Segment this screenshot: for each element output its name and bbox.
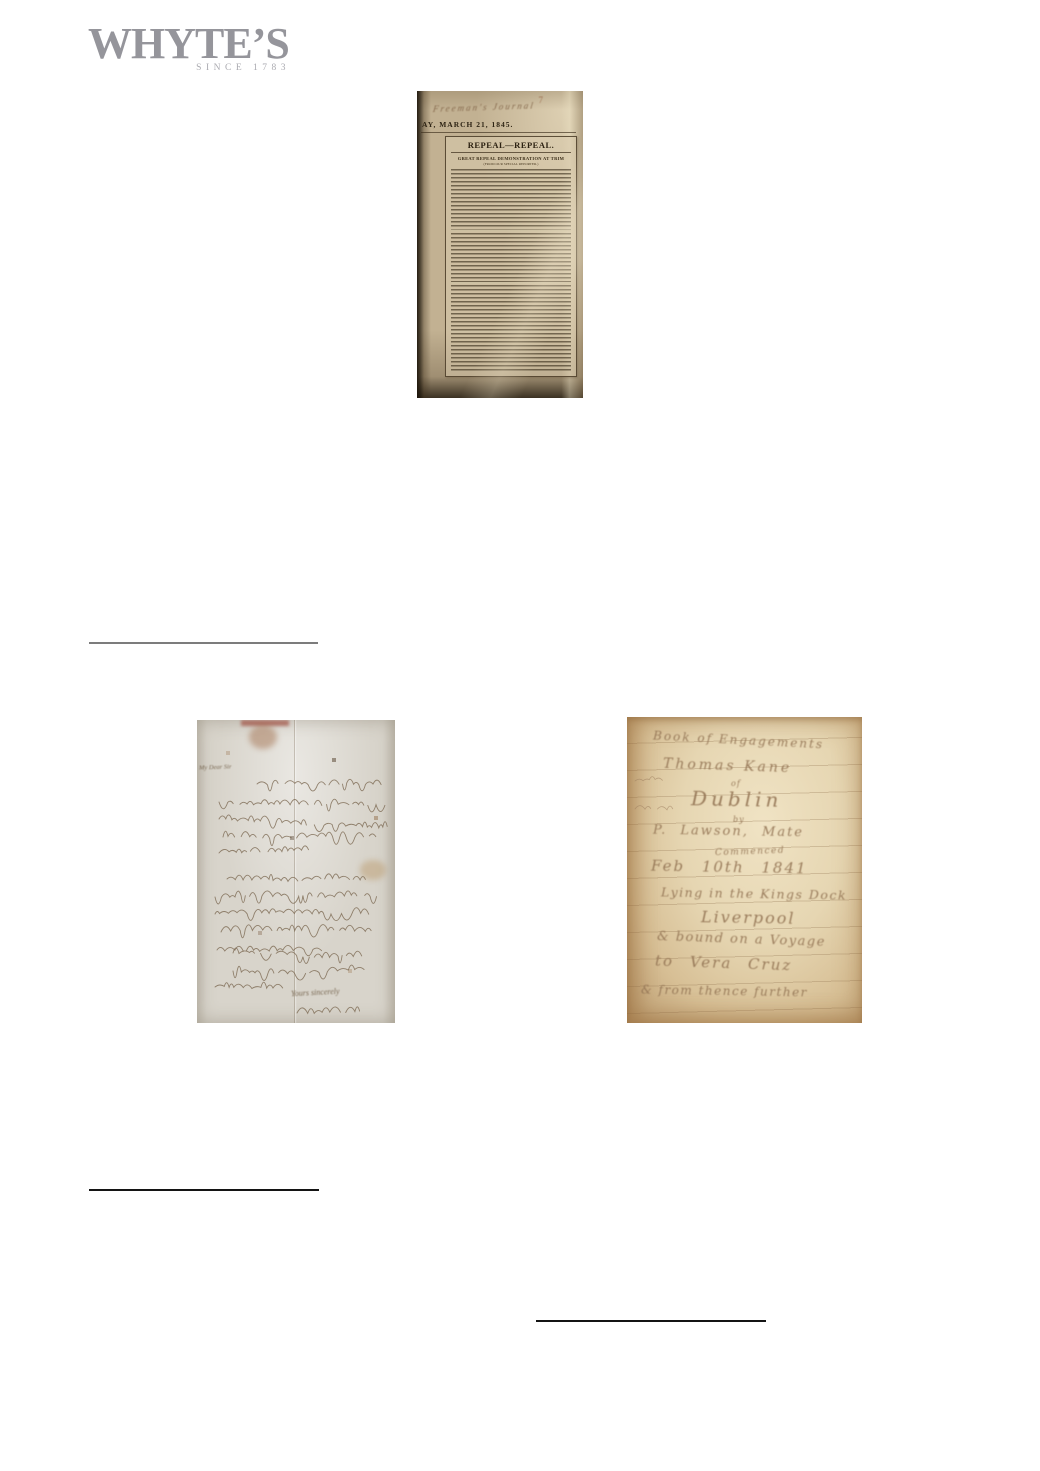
letter-photo: My Dear Sir Yours sincerely: [197, 720, 395, 1023]
logo-wordmark: WHYTE’S: [88, 22, 292, 66]
page-number-mark: 7: [539, 95, 544, 105]
dateline-rule: [421, 132, 576, 133]
clipping-headline: REPEAL—REPEAL.: [451, 139, 571, 153]
newspaper-photo: Freeman's Journal 7 AY, MARCH 21, 1845. …: [417, 91, 583, 398]
clipping-byline: (FROM OUR SPECIAL REPORTER.): [448, 162, 574, 166]
logbook-line: P. Lawson, Mate: [653, 823, 804, 841]
lot-title-underline-2: [89, 1189, 319, 1191]
whytes-logo: WHYTE’S SINCE 1783: [88, 22, 292, 73]
logbook-line: Lying in the Kings Dock: [661, 884, 847, 902]
handwritten-inscription: Freeman's Journal: [432, 100, 553, 114]
lot-title-underline-3: [536, 1320, 766, 1322]
newsprint-text-texture: [451, 169, 571, 371]
letter-handwriting-squiggles: [197, 720, 395, 1023]
logbook-line: Feb 10th 1841: [651, 857, 808, 878]
lot-title-underline-1: [89, 642, 318, 644]
clipping-subheadline: GREAT REPEAL DEMONSTRATION AT TRIM: [448, 156, 574, 161]
catalog-page: WHYTE’S SINCE 1783 Freeman's Journal 7 A…: [0, 0, 1040, 1471]
newspaper-dateline: AY, MARCH 21, 1845.: [422, 120, 513, 129]
logbook-photo: Book of Engagements Thomas Kane of Dubli…: [627, 717, 862, 1023]
newspaper-clipping: REPEAL—REPEAL. GREAT REPEAL DEMONSTRATIO…: [445, 136, 577, 377]
logbook-line: & from thence further: [641, 983, 808, 1000]
logbook-line: by: [733, 815, 745, 824]
logbook-line: Liverpool: [701, 907, 796, 928]
logbook-line: Dublin: [691, 786, 783, 812]
